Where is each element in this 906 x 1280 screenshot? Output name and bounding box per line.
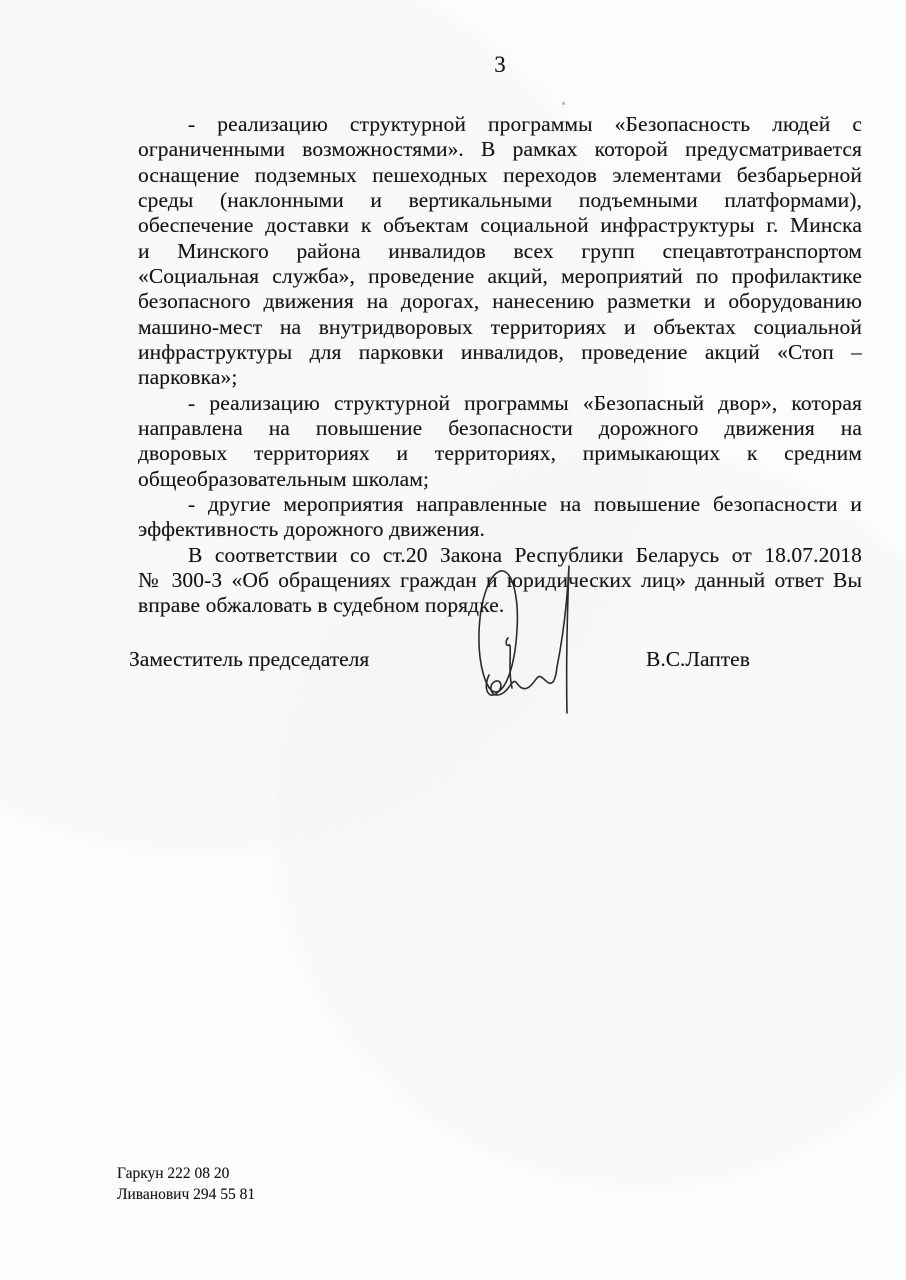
text-line: обеспечение доставки к объектам социальн… bbox=[138, 213, 862, 238]
text-line: инфраструктуры для парковки инвалидов, п… bbox=[138, 340, 862, 365]
signature-oval-loop bbox=[479, 571, 517, 692]
signer-name: В.С.Лаптев bbox=[646, 646, 750, 672]
text-line: - другие мероприятия направленные на пов… bbox=[138, 492, 862, 517]
text-line: парковка»; bbox=[138, 365, 862, 390]
document-page: 3 - реализацию структурной программы «Бе… bbox=[0, 0, 906, 1280]
signature-tall-stroke bbox=[557, 566, 569, 713]
footer-contact-line: Гаркун 222 08 20 bbox=[117, 1163, 255, 1184]
text-line: ограниченными возможностями». В рамках к… bbox=[138, 137, 862, 162]
text-line: эффективность дорожного движения. bbox=[138, 517, 862, 542]
text-line: дворовых территориях и территориях, прим… bbox=[138, 441, 862, 466]
handwritten-signature bbox=[465, 550, 585, 725]
footer-contact-line: Ливанович 294 55 81 bbox=[117, 1184, 255, 1205]
text-line: безопасного движения на дорогах, нанесен… bbox=[138, 289, 862, 314]
body-text: - реализацию структурной программы «Безо… bbox=[138, 112, 862, 619]
text-line: - реализацию структурной программы «Безо… bbox=[138, 112, 862, 137]
signature-squiggle bbox=[486, 667, 557, 695]
text-line: среды (наклонными и вертикальными подъем… bbox=[138, 188, 862, 213]
text-line: - реализацию структурной программы «Безо… bbox=[138, 391, 862, 416]
text-line: направлена на повышение безопасности дор… bbox=[138, 416, 862, 441]
text-line: машино-мест на внутридворовых территория… bbox=[138, 315, 862, 340]
text-line: «Социальная служба», проведение акций, м… bbox=[138, 264, 862, 289]
page-number: 3 bbox=[138, 51, 862, 78]
signature-position-title: Заместитель председателя bbox=[129, 646, 369, 672]
footer-contacts: Гаркун 222 08 20 Ливанович 294 55 81 bbox=[117, 1163, 255, 1205]
text-line: и Минского района инвалидов всех групп с… bbox=[138, 239, 862, 264]
text-line: общеобразовательным школам; bbox=[138, 467, 862, 492]
scan-speck bbox=[562, 102, 565, 105]
text-line: оснащение подземных пешеходных переходов… bbox=[138, 163, 862, 188]
